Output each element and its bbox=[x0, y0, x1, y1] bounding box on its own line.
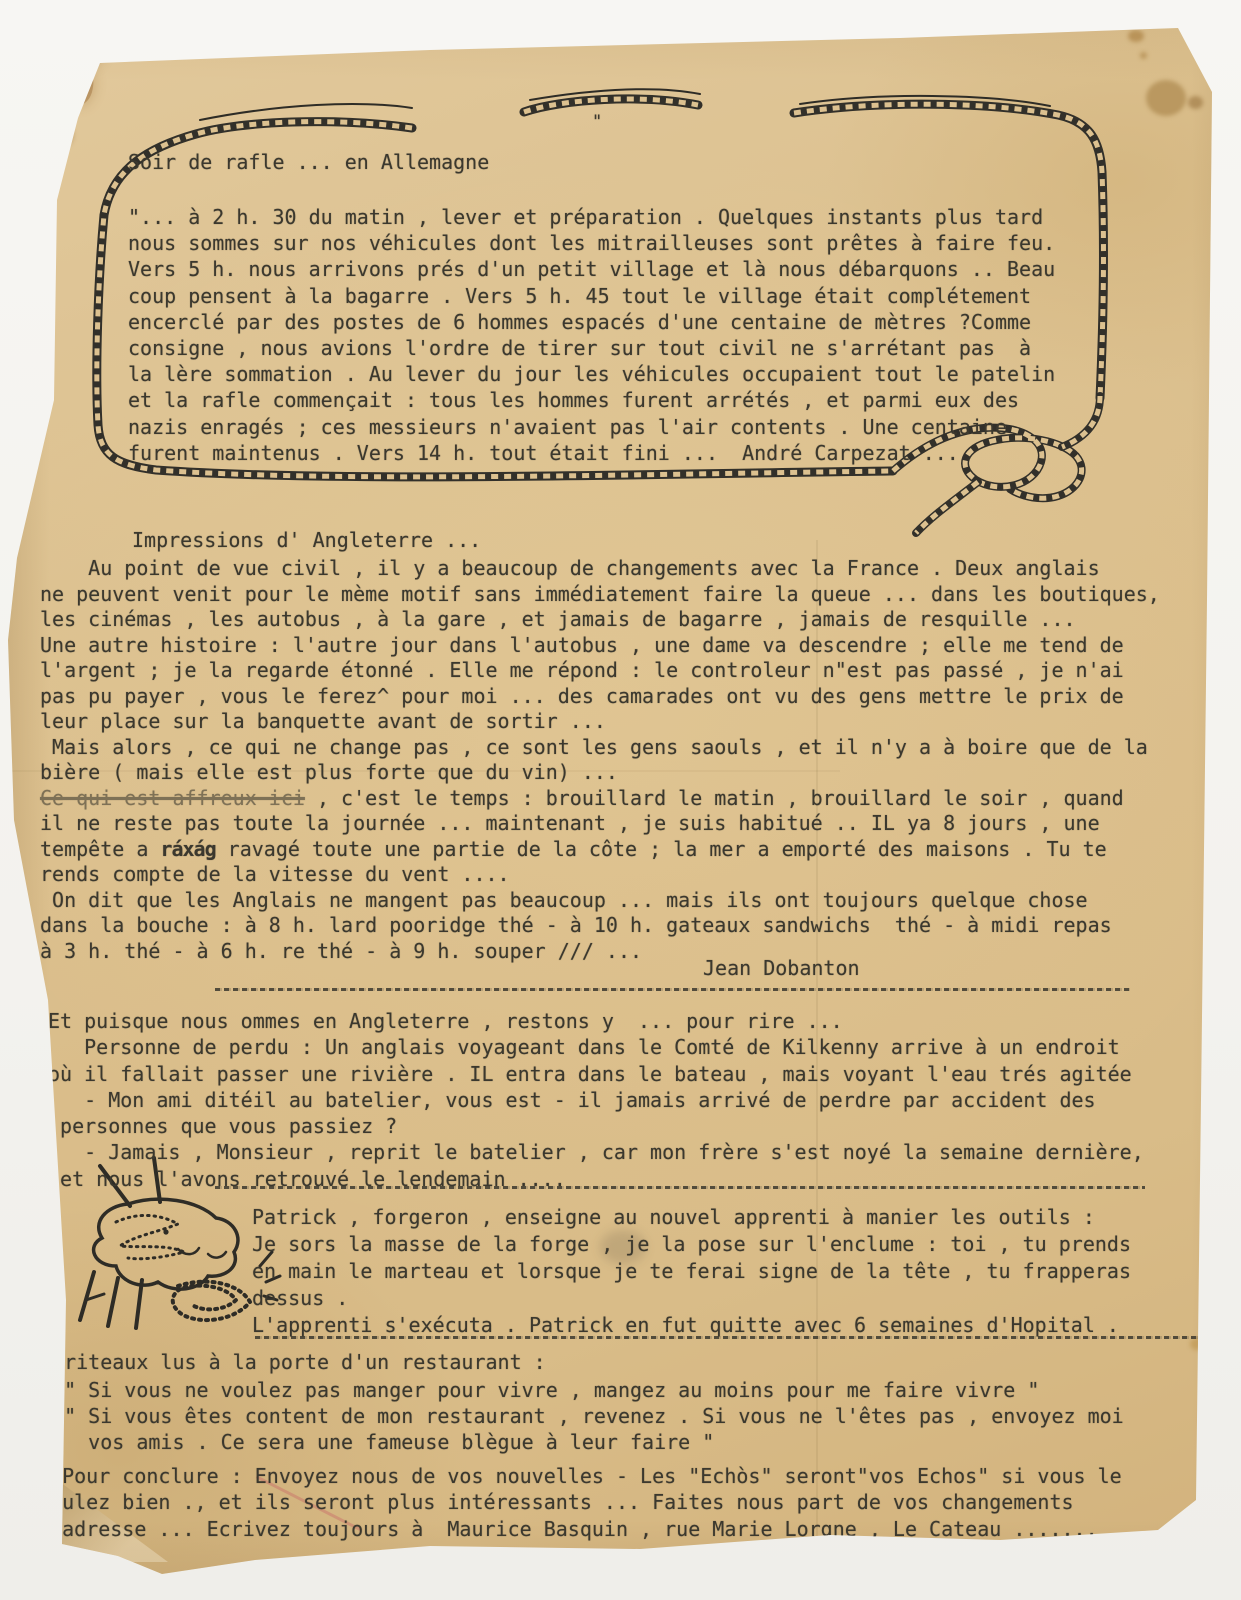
text-line: il ne reste pas toute la journée ... mai… bbox=[40, 811, 1160, 837]
section-ecriteaux-body: " Si vous ne voulez pas manger pour vivr… bbox=[40, 1377, 1124, 1456]
text-line: Vers 5 h. nous arrivons prés d'un petit … bbox=[128, 256, 1055, 282]
text-line: Une autre histoire : l'autre jour dans l… bbox=[40, 633, 1160, 659]
text-line: consigne , nous avions l'ordre de tirer … bbox=[128, 335, 1055, 361]
text-line: leur place sur la banquette avant de sor… bbox=[40, 709, 1160, 735]
text-line: l'argent ; je la regarde étonné . Elle m… bbox=[40, 658, 1160, 684]
text-line: personnes que vous passiez ? bbox=[48, 1113, 1144, 1139]
text-line: - Jamais , Monsieur , reprit le batelier… bbox=[48, 1139, 1144, 1165]
signature: Jean Dobanton bbox=[703, 956, 860, 980]
text-line: dans la bouche : à 8 h. lard pooridge th… bbox=[40, 913, 1160, 939]
section-kilkenny-body: Et puisque nous ommes en Angleterre , re… bbox=[48, 1008, 1144, 1192]
text-line: Pour conclure : Envoyez nous de vos nouv… bbox=[38, 1463, 1122, 1489]
text-line: tempête a ráxág ravagé toute une partie … bbox=[40, 837, 1160, 863]
text-line: et la rafle commençait : tous les hommes… bbox=[128, 387, 1055, 413]
text-line: pas pu payer , vous le ferez^ pour moi .… bbox=[40, 684, 1160, 710]
text-line: Patrick , forgeron , enseigne au nouvel … bbox=[252, 1204, 1131, 1231]
text-line: Ce qui est affreux ici , c'est le temps … bbox=[40, 786, 1160, 812]
text-line: Mais alors , ce qui ne change pas , ce s… bbox=[40, 735, 1160, 761]
rust-stain bbox=[1128, 30, 1144, 42]
text-line: ne peuvent venit pour le mème motif sans… bbox=[40, 582, 1160, 608]
section-ecriteaux-heading: Ecriteaux lus à la porte d'un restaurant… bbox=[40, 1350, 546, 1374]
text-line: nazis enragés ; ces messieurs n'avaient … bbox=[128, 414, 1055, 440]
text-line: furent maintenus . Vers 14 h. tout était… bbox=[128, 440, 1055, 466]
text-line: - Mon ami ditéil au batelier, vous est -… bbox=[48, 1087, 1144, 1113]
text-line: L'apprenti s'exécuta . Patrick en fut qu… bbox=[252, 1312, 1131, 1339]
rust-stain bbox=[1140, 52, 1147, 59]
text-line: vos amis . Ce sera une fameuse blègue à … bbox=[40, 1429, 1124, 1455]
text-line: voulez bien ., et ils seront plus intére… bbox=[38, 1489, 1122, 1515]
section-rafle-title: Soir de rafle ... en Allemagne bbox=[128, 150, 489, 174]
rust-stain bbox=[1188, 96, 1203, 109]
text-line: où il fallait passer une rivière . IL en… bbox=[48, 1061, 1144, 1087]
text-line: et nous l'avons retrouvé le lendemain ..… bbox=[48, 1166, 1144, 1192]
text-line: en main le marteau et lorsque je te fera… bbox=[252, 1258, 1131, 1285]
text-line: " Si vous ne voulez pas manger pour vivr… bbox=[40, 1377, 1124, 1403]
typed-separator bbox=[215, 988, 1130, 991]
text-line: Personne de perdu : Un anglais voyageant… bbox=[48, 1034, 1144, 1060]
section-patrick-body: Patrick , forgeron , enseigne au nouvel … bbox=[252, 1204, 1131, 1339]
text-line: rends compte de la vitesse du vent .... bbox=[40, 862, 1160, 888]
section-angleterre-heading: Impressions d' Angleterre ... bbox=[132, 528, 481, 552]
text-line: dessus . bbox=[252, 1285, 1131, 1312]
paper-sheet: " Soir de rafle ... en Allemagne "... à … bbox=[0, 0, 1241, 1600]
text-line: nous sommes sur nos véhicules dont les m… bbox=[128, 230, 1055, 256]
text-line: la lère sommation . Au lever du jour les… bbox=[128, 361, 1055, 387]
text-line: encerclé par des postes de 6 hommes espa… bbox=[128, 309, 1055, 335]
text-line: Et puisque nous ommes en Angleterre , re… bbox=[48, 1008, 1144, 1034]
text-line: "... à 2 h. 30 du matin , lever et prépa… bbox=[128, 204, 1055, 230]
text-line: à 3 h. thé - à 6 h. re thé - à 9 h. soup… bbox=[40, 939, 1160, 965]
section-rafle-body: "... à 2 h. 30 du matin , lever et prépa… bbox=[128, 204, 1055, 466]
text-line: les cinémas , les autobus , à la gare , … bbox=[40, 607, 1160, 633]
text-line: Au point de vue civil , il y a beaucoup … bbox=[40, 556, 1160, 582]
stray-quote-mark: " bbox=[592, 112, 602, 132]
text-line: bière ( mais elle est plus forte que du … bbox=[40, 760, 1160, 786]
text-line: Je sors la masse de la forge , je la pos… bbox=[252, 1231, 1131, 1258]
section-conclusion-body: Pour conclure : Envoyez nous de vos nouv… bbox=[38, 1463, 1122, 1542]
section-angleterre-body: Au point de vue civil , il y a beaucoup … bbox=[40, 556, 1160, 964]
text-line: " Si vous êtes content de mon restaurant… bbox=[40, 1403, 1124, 1429]
rust-stain bbox=[1146, 80, 1186, 116]
scanned-newsletter-page: { "page": { "paper_color": "#dcc190", "i… bbox=[0, 0, 1241, 1600]
text-line: On dit que les Anglais ne mangent pas be… bbox=[40, 888, 1160, 914]
text-line: d'adresse ... Ecrivez toujours à Maurice… bbox=[38, 1516, 1122, 1542]
text-line: coup pensent à la bagarre . Vers 5 h. 45… bbox=[128, 283, 1055, 309]
